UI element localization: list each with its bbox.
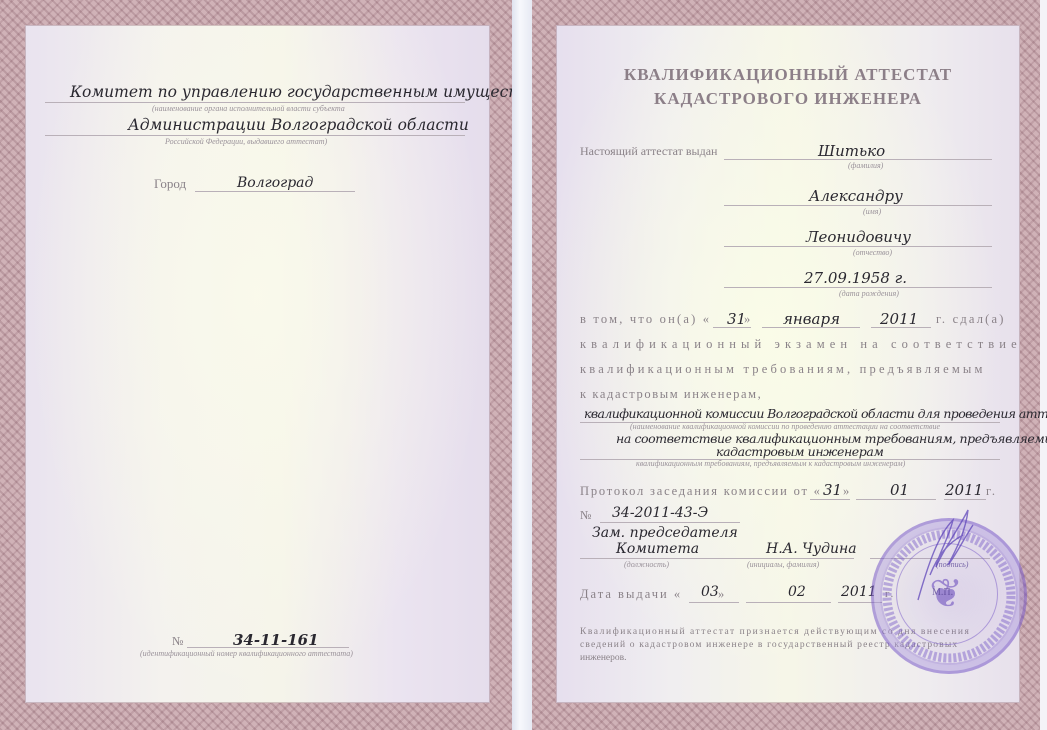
protocol-day: 31 (823, 481, 842, 499)
issuer-caption-1: (наименование органа исполнительной влас… (152, 104, 345, 113)
issue-label: Дата выдачи « (580, 587, 682, 602)
issuer-underline-1 (45, 102, 465, 103)
validity-line-3: инженеров. (580, 653, 626, 663)
commission-line-3: кадастровым инженерам (716, 444, 883, 459)
first-name: Александру (809, 187, 903, 205)
issue-month-underline (746, 602, 831, 603)
certificate-number: 34-11-161 (233, 631, 319, 649)
title-line-2: КАДАСТРОВОГО ИНЖЕНЕРА (556, 89, 1020, 109)
issued-to-label: Настоящий аттестат выдан (580, 144, 717, 159)
number-caption: (идентификационный номер квалификационно… (140, 649, 353, 658)
city-underline (195, 191, 355, 192)
exam-day-close-quote: » (744, 312, 752, 327)
protocol-number: 34-2011-43-Э (612, 505, 708, 521)
signer-caption: (инициалы, фамилия) (747, 560, 819, 569)
position-underline (580, 558, 740, 559)
birth-date-underline (724, 287, 992, 288)
protocol-number-label: № (580, 508, 591, 523)
patronymic-underline (724, 246, 992, 247)
first-name-caption: (имя) (863, 207, 881, 216)
title-line-1: КВАЛИФИКАЦИОННЫЙ АТТЕСТАТ (556, 65, 1020, 85)
commission-line-1: квалификационной комиссии Волгоградской … (584, 406, 1047, 421)
surname: Шитько (818, 142, 885, 160)
issue-day-close-quote: » (718, 587, 726, 602)
protocol-number-underline (600, 522, 740, 523)
issuer-caption-2: Российской Федерации, выдавшего аттестат… (165, 137, 327, 146)
certificate-right-page: КВАЛИФИКАЦИОННЫЙ АТТЕСТАТ КАДАСТРОВОГО И… (532, 0, 1040, 730)
signer-underline (728, 558, 854, 559)
commission-caption-2: квалификационным требованиям, предъявляе… (636, 459, 905, 468)
patronymic-caption: (отчество) (853, 248, 892, 257)
issuer-line-2: Администрации Волгоградской области (128, 116, 469, 134)
issuer-line-1: Комитет по управлению государственным им… (70, 83, 554, 101)
exam-month: января (783, 310, 840, 328)
position-line-1: Зам. председателя (592, 525, 738, 541)
issue-day: 03 (701, 584, 719, 600)
handwritten-signature (908, 495, 988, 605)
protocol-day-underline (810, 499, 850, 500)
position-line-2: Комитета (616, 541, 699, 557)
surname-caption: (фамилия) (848, 161, 883, 170)
protocol-label: Протокол заседания комиссии от « (580, 484, 822, 499)
city-label: Город (154, 176, 186, 192)
exam-suffix: г. сдал(а) (936, 312, 1006, 327)
exam-year: 2011 (880, 310, 918, 328)
birth-date: 27.09.1958 г. (804, 269, 907, 287)
certificate-left-page: Комитет по управлению государственным им… (0, 0, 512, 730)
issue-day-underline (689, 602, 739, 603)
issuer-underline-2 (45, 135, 465, 136)
city-value: Волгоград (237, 175, 313, 191)
page-gutter (512, 0, 532, 730)
protocol-day-close-quote: » (843, 484, 851, 499)
birth-date-caption: (дата рождения) (839, 289, 899, 298)
first-name-underline (724, 205, 992, 206)
signer-name: Н.А. Чудина (766, 541, 857, 557)
left-page-field: Комитет по управлению государственным им… (25, 25, 490, 703)
commission-caption-1: (наименование квалификационной комиссии … (630, 422, 940, 431)
exam-text-line-2: квалификационный экзамен на соответствие (580, 337, 1022, 352)
exam-text-line-4: к кадастровым инженерам, (580, 387, 762, 402)
number-label: № (172, 634, 183, 649)
protocol-month: 01 (890, 481, 909, 499)
right-page-field: КВАЛИФИКАЦИОННЫЙ АТТЕСТАТ КАДАСТРОВОГО И… (556, 25, 1020, 703)
position-caption: (должность) (624, 560, 669, 569)
exam-text-line-3: квалификационным требованиям, предъявляе… (580, 362, 986, 377)
issue-month: 02 (788, 584, 806, 600)
patronymic: Леонидовичу (806, 228, 911, 246)
exam-prefix: в том, что он(а) « (580, 312, 711, 327)
